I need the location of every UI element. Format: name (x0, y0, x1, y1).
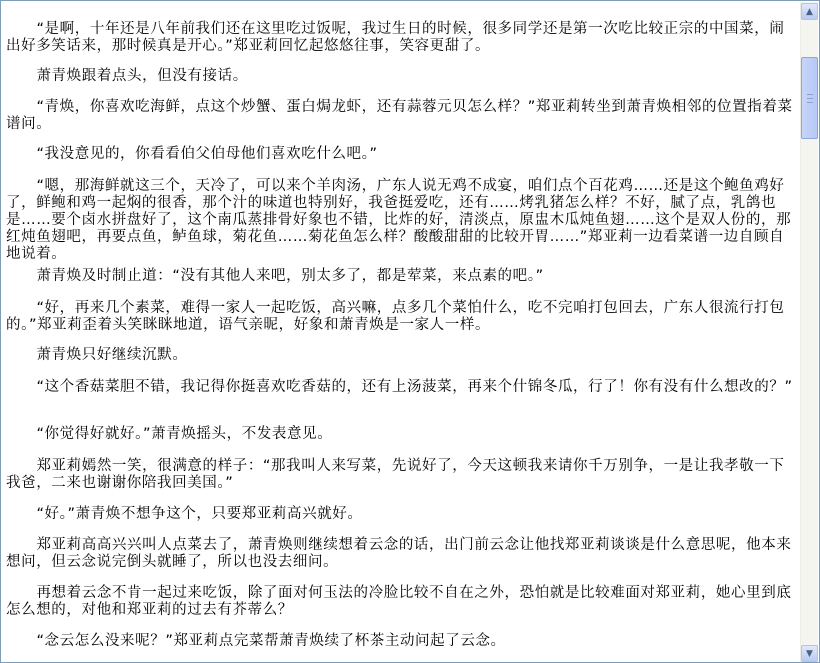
paragraph-text: “念云怎么没来呢？”郑亚莉点完菜帮萧青焕续了杯茶主动问起了云念。 (6, 633, 793, 650)
paragraph-text: “好。”萧青焕不想争这个，只要郑亚莉高兴就好。 (6, 506, 793, 523)
scroll-down-button[interactable]: ▼ (801, 645, 818, 662)
paragraph: “这个香菇菜胆不错，我记得你挺喜欢吃香菇的，还有上汤菠菜，再来个什锦冬瓜，行了！… (6, 379, 793, 396)
paragraph-text: 萧青焕只好继续沉默。 (6, 347, 793, 364)
paragraph: “嗯，那海鲜就这三个，天冷了，可以来个羊肉汤，广东人说无鸡不成宴，咱们点个百花鸡… (6, 178, 793, 263)
paragraph-text: 再想着云念不肯一起过来吃饭，除了面对何玉法的冷脸比较不自在之外，恐怕就是比较难面… (6, 585, 793, 619)
paragraph: 再想着云念不肯一起过来吃饭，除了面对何玉法的冷脸比较不自在之外，恐怕就是比较难面… (6, 585, 793, 619)
paragraph: “你觉得好就好。”萧青焕摇头，不发表意见。 (6, 426, 793, 443)
paragraph-text: “好，再来几个素菜，难得一家人一起吃饭，高兴嘛，点多几个菜怕什么，吃不完咱打包回… (6, 300, 793, 334)
paragraph: “我没意见的，你看看伯父伯母他们喜欢吃什么吧。” (6, 146, 793, 163)
paragraph-text: “这个香菇菜胆不错，我记得你挺喜欢吃香菇的，还有上汤菠菜，再来个什锦冬瓜，行了！… (6, 379, 793, 396)
paragraph: “好，再来几个素菜，难得一家人一起吃饭，高兴嘛，点多几个菜怕什么，吃不完咱打包回… (6, 300, 793, 334)
paragraph-text: “嗯，那海鲜就这三个，天冷了，可以来个羊肉汤，广东人说无鸡不成宴，咱们点个百花鸡… (6, 178, 793, 263)
paragraph: 郑亚莉高高兴兴叫人点菜去了，萧青焕则继续想着云念的话，出门前云念让他找郑亚莉谈谈… (6, 537, 793, 571)
document-viewer: “是啊，十年还是八年前我们还在这里吃过饭呢，我过生日的时候，很多同学还是第一次吃… (0, 0, 820, 663)
chevron-down-icon: ▼ (806, 649, 813, 659)
scroll-up-button[interactable]: ▲ (801, 3, 818, 20)
paragraph-text: “青焕，你喜欢吃海鲜，点这个炒蟹、蛋白焗龙虾，还有蒜蓉元贝怎么样？”郑亚莉转坐到… (6, 99, 793, 133)
paragraph-text: 郑亚莉高高兴兴叫人点菜去了，萧青焕则继续想着云念的话，出门前云念让他找郑亚莉谈谈… (6, 537, 793, 571)
paragraph-text: 萧青焕及时制止道：“没有其他人来吧，别太多了，都是荤菜，来点素的吧。” (6, 268, 793, 285)
paragraph: “青焕，你喜欢吃海鲜，点这个炒蟹、蛋白焗龙虾，还有蒜蓉元贝怎么样？”郑亚莉转坐到… (6, 99, 793, 133)
paragraph-text: “我没意见的，你看看伯父伯母他们喜欢吃什么吧。” (6, 146, 793, 163)
paragraph: “是啊，十年还是八年前我们还在这里吃过饭呢，我过生日的时候，很多同学还是第一次吃… (6, 21, 793, 55)
paragraph: 萧青焕跟着点头，但没有接话。 (6, 68, 793, 85)
paragraph: 萧青焕只好继续沉默。 (6, 347, 793, 364)
paragraph: 郑亚莉嫣然一笑，很满意的样子：“那我叫人来写菜，先说好了，今天这顿我来请你千万别… (6, 458, 793, 492)
scrollbar-thumb[interactable] (801, 57, 818, 139)
paragraph: “念云怎么没来呢？”郑亚莉点完菜帮萧青焕续了杯茶主动问起了云念。 (6, 633, 793, 650)
chevron-up-icon: ▲ (806, 7, 813, 17)
paragraph-text: 郑亚莉嫣然一笑，很满意的样子：“那我叫人来写菜，先说好了，今天这顿我来请你千万别… (6, 458, 793, 492)
paragraph: “好。”萧青焕不想争这个，只要郑亚莉高兴就好。 (6, 506, 793, 523)
grip-icon (807, 94, 813, 103)
paragraph-text: “是啊，十年还是八年前我们还在这里吃过饭呢，我过生日的时候，很多同学还是第一次吃… (6, 21, 793, 55)
paragraph: 萧青焕及时制止道：“没有其他人来吧，别太多了，都是荤菜，来点素的吧。” (6, 268, 793, 285)
paragraph-text: 萧青焕跟着点头，但没有接话。 (6, 68, 793, 85)
vertical-scrollbar[interactable]: ▲ ▼ (800, 2, 818, 663)
paragraph-text: “你觉得好就好。”萧青焕摇头，不发表意见。 (6, 426, 793, 443)
